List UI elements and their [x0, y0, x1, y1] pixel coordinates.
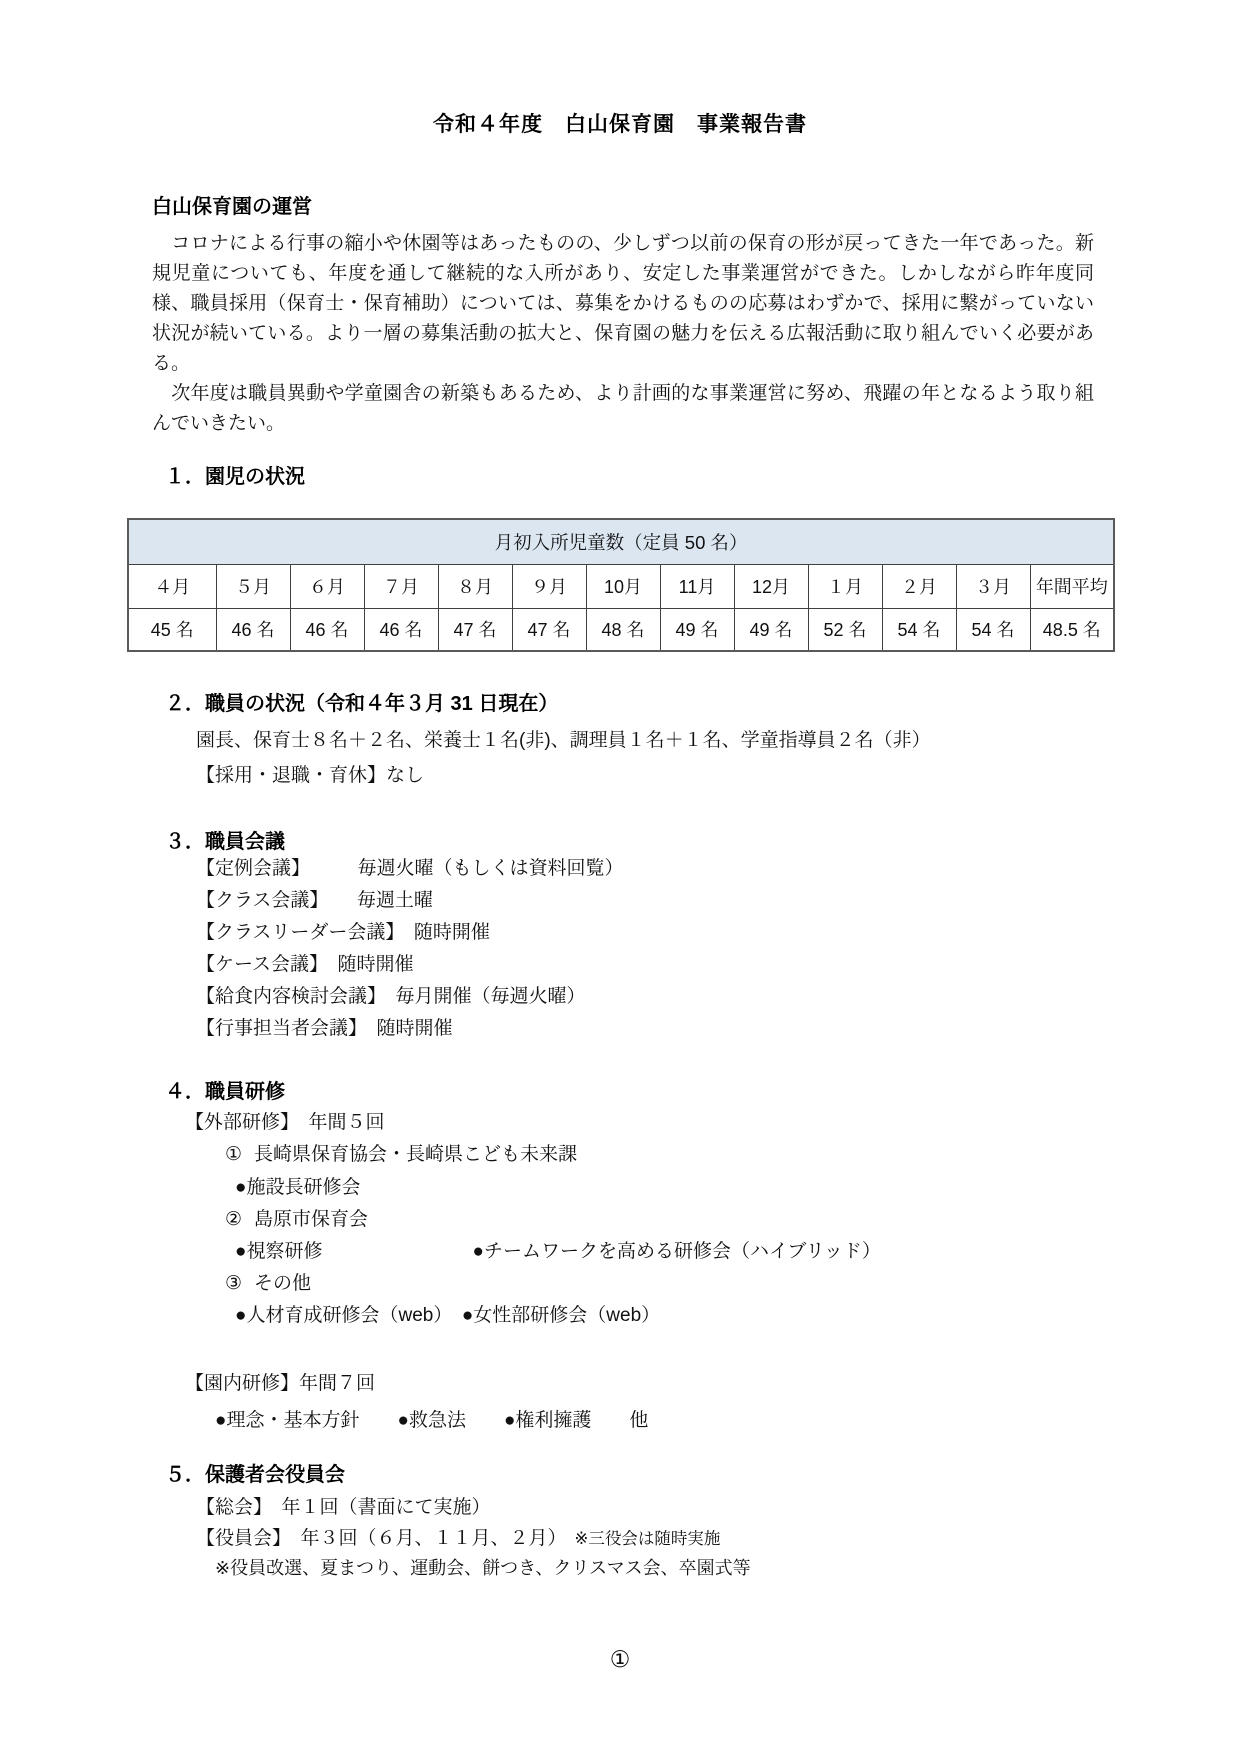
- meeting-line: 【行事担当者会議】 随時開催: [196, 1013, 624, 1045]
- bullet-inspection-training: ●視察研修: [235, 1241, 322, 1262]
- meeting-line: 【給食内容検討会議】 毎月開催（毎週火曜）: [196, 981, 624, 1013]
- intro-paragraph-1: コロナによる行事の縮小や休園等はあったものの、少しずつ以前の保育の形が戻ってきた…: [152, 229, 1094, 379]
- parents-general-meeting-line: 【総会】 年１回（書面にて実施）: [196, 1492, 491, 1519]
- intro-paragraph-2: 次年度は職員異動や学童園舎の新築もあるため、より計画的な事業運営に努め、飛躍の年…: [152, 379, 1094, 439]
- bullet-teamwork-training: ●チームワークを高める研修会（ハイブリッド）: [472, 1236, 880, 1263]
- meeting-line: 【定例会議】 毎週火曜（もしくは資料回覧）: [196, 853, 624, 885]
- count-cell: 52 名: [808, 608, 882, 651]
- month-header-cell: ４月: [128, 564, 216, 608]
- external-training-item-3-bullets: ●人材育成研修会（web） ●女性部研修会（web）: [235, 1300, 660, 1327]
- count-cell: 49 名: [734, 608, 808, 651]
- internal-training-bullets: ●理念・基本方針 ●救急法 ●権利擁護 他: [215, 1405, 648, 1432]
- month-header-cell: １月: [808, 564, 882, 608]
- month-header-cell: 11月: [660, 564, 734, 608]
- enrollment-count-row: 45 名 46 名 46 名 46 名 47 名 47 名 48 名 49 名 …: [128, 608, 1114, 651]
- external-training-item-1-text: 長崎県保育協会・長崎県こども未来課: [254, 1139, 577, 1166]
- month-header-cell: ９月: [512, 564, 586, 608]
- staff-hiring-line: 【採用・退職・育休】なし: [196, 760, 424, 787]
- month-header-cell: 年間平均: [1030, 564, 1114, 608]
- board-meeting-note: ※三役会は随時実施: [575, 1530, 721, 1548]
- section-heading-staff: ２．職員の状況（令和４年３月 31 日現在）: [165, 687, 558, 716]
- external-training-item-1-bullet: ●施設長研修会: [235, 1172, 360, 1199]
- enrollment-table-caption: 月初入所児童数（定員 50 名）: [128, 519, 1114, 564]
- report-page: 令和４年度 白山保育園 事業報告書 白山保育園の運営 コロナによる行事の縮小や休…: [0, 0, 1240, 1755]
- section-heading-children: １．園児の状況: [165, 460, 305, 489]
- board-meeting-text: 【役員会】 年３回（６月、１１月、２月）: [196, 1528, 567, 1549]
- count-cell: 54 名: [956, 608, 1030, 651]
- count-cell: 45 名: [128, 608, 216, 651]
- external-training-item-3-text: その他: [254, 1268, 311, 1295]
- month-header-cell: 12月: [734, 564, 808, 608]
- count-cell: 54 名: [882, 608, 956, 651]
- count-cell: 46 名: [290, 608, 364, 651]
- month-header-cell: ２月: [882, 564, 956, 608]
- section-heading-parents: ５．保護者会役員会: [165, 1458, 345, 1487]
- circled-number-1: ①: [225, 1143, 242, 1166]
- month-header-cell: ７月: [364, 564, 438, 608]
- count-cell: 46 名: [216, 608, 290, 651]
- count-cell: 47 名: [438, 608, 512, 651]
- circled-number-2: ②: [225, 1208, 242, 1231]
- meeting-line: 【ケース会議】 随時開催: [196, 949, 624, 981]
- document-title: 令和４年度 白山保育園 事業報告書: [0, 108, 1240, 138]
- enrollment-caption-row: 月初入所児童数（定員 50 名）: [128, 519, 1114, 564]
- external-training-item-1: ①長崎県保育協会・長崎県こども未来課: [225, 1139, 577, 1166]
- external-training-item-2-text: 島原市保育会: [254, 1204, 368, 1231]
- external-training-item-3: ③その他: [225, 1268, 311, 1295]
- month-header-cell: ８月: [438, 564, 512, 608]
- internal-training-label: 【園内研修】年間７回: [185, 1368, 375, 1395]
- enrollment-month-row: ４月 ５月 ６月 ７月 ８月 ９月 10月 11月 12月 １月 ２月 ３月 年…: [128, 564, 1114, 608]
- meeting-line: 【クラス会議】 毎週土曜: [196, 885, 624, 917]
- count-cell: 48.5 名: [1030, 608, 1114, 651]
- count-cell: 48 名: [586, 608, 660, 651]
- intro-heading: 白山保育園の運営: [152, 190, 1094, 219]
- month-header-cell: ６月: [290, 564, 364, 608]
- parents-board-meeting-line: 【役員会】 年３回（６月、１１月、２月）※三役会は随時実施: [196, 1523, 720, 1550]
- staff-composition-line: 園長、保育士８名＋２名、栄養士１名(非)、調理員１名＋１名、学童指導員２名（非）: [196, 725, 931, 752]
- meeting-line: 【クラスリーダー会議】 随時開催: [196, 917, 624, 949]
- count-cell: 47 名: [512, 608, 586, 651]
- external-training-item-2: ②島原市保育会: [225, 1204, 368, 1231]
- month-header-cell: ５月: [216, 564, 290, 608]
- month-header-cell: 10月: [586, 564, 660, 608]
- count-cell: 46 名: [364, 608, 438, 651]
- count-cell: 49 名: [660, 608, 734, 651]
- external-training-item-2-bullets: ●視察研修●チームワークを高める研修会（ハイブリッド）: [235, 1236, 881, 1263]
- parents-events-note: ※役員改選、夏まつり、運動会、餅つき、クリスマス会、卒園式等: [215, 1554, 751, 1580]
- month-header-cell: ３月: [956, 564, 1030, 608]
- external-training-label: 【外部研修】 年間５回: [185, 1107, 385, 1134]
- section-heading-training: ４．職員研修: [165, 1075, 285, 1104]
- circled-number-3: ③: [225, 1272, 242, 1295]
- enrollment-table: 月初入所児童数（定員 50 名） ４月 ５月 ６月 ７月 ８月 ９月 10月 1…: [127, 518, 1115, 652]
- section-heading-meetings: ３．職員会議: [165, 825, 285, 854]
- meeting-list: 【定例会議】 毎週火曜（もしくは資料回覧） 【クラス会議】 毎週土曜 【クラスリ…: [196, 853, 624, 1045]
- page-number: ①: [0, 1646, 1240, 1673]
- intro-section: 白山保育園の運営 コロナによる行事の縮小や休園等はあったものの、少しずつ以前の保…: [152, 190, 1094, 439]
